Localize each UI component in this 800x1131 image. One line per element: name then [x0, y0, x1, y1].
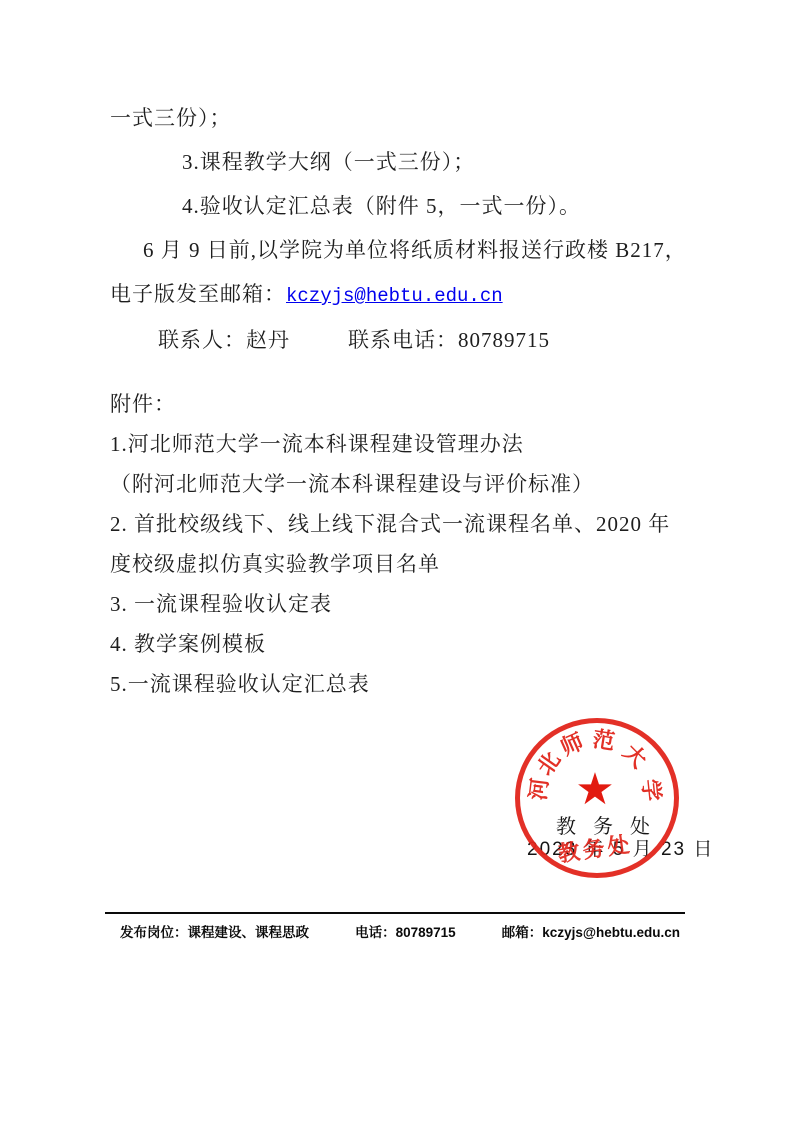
footer-position: 发布岗位：课程建设、课程思政 [120, 921, 309, 941]
document-body: 一式三份）； 3.课程教学大纲（一式三份）； 4.验收认定汇总表（附件 5，一式… [110, 96, 695, 362]
footer-email: 邮箱：kczyjs@hebtu.edu.cn [502, 921, 680, 941]
email-line: 电子版发至邮箱：kczyjs@hebtu.edu.cn [110, 272, 695, 318]
contact-person: 联系人：赵丹 [158, 328, 290, 352]
attachment-item-note: （附河北师范大学一流本科课程建设与评价标准） [110, 464, 710, 504]
attachment-item: 1.河北师范大学一流本科课程建设管理办法 [110, 424, 710, 464]
email-prefix: 电子版发至邮箱： [110, 282, 286, 306]
star-icon: ★ [575, 768, 614, 812]
footer-phone: 电话：80789715 [355, 921, 456, 941]
attachment-item-continuation: 度校级虚拟仿真实验教学项目名单 [110, 544, 710, 584]
attachment-item: 5.一流课程验收认定汇总表 [110, 664, 710, 704]
attachment-item: 4. 教学案例模板 [110, 624, 710, 664]
attachments-heading: 附件： [110, 384, 710, 424]
footer: 发布岗位：课程建设、课程思政 电话：80789715 邮箱：kczyjs@heb… [120, 921, 680, 941]
continuation-line: 一式三份）； [110, 96, 695, 140]
footer-divider [105, 912, 685, 914]
signature-date: 2023 年 5 月 23 日 [527, 834, 714, 861]
attachments-section: 附件： 1.河北师范大学一流本科课程建设管理办法 （附河北师范大学一流本科课程建… [110, 384, 710, 704]
email-link[interactable]: kczyjs@hebtu.edu.cn [286, 285, 503, 307]
document-page: 一式三份）； 3.课程教学大纲（一式三份）； 4.验收认定汇总表（附件 5，一式… [0, 0, 800, 1131]
list-item-4: 4.验收认定汇总表（附件 5，一式一份）。 [110, 184, 695, 228]
contact-phone: 联系电话：80789715 [348, 328, 550, 352]
contact-line: 联系人：赵丹联系电话：80789715 [110, 318, 695, 362]
attachment-item: 3. 一流课程验收认定表 [110, 584, 710, 624]
list-item-3: 3.课程教学大纲（一式三份）； [110, 140, 695, 184]
deadline-line: 6 月 9 日前,以学院为单位将纸质材料报送行政楼 B217， [110, 228, 695, 272]
attachment-item: 2. 首批校级线下、线上线下混合式一流课程名单、2020 年 [110, 504, 710, 544]
